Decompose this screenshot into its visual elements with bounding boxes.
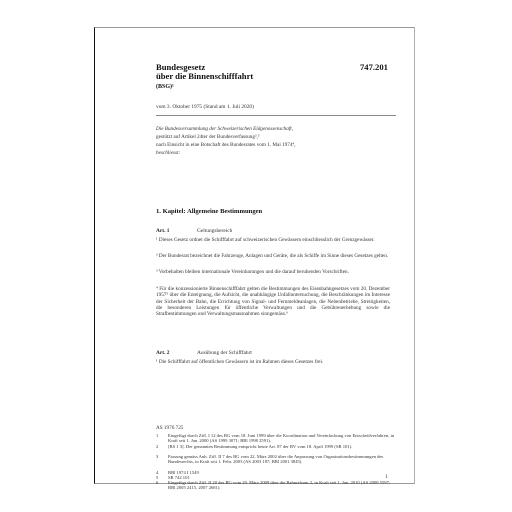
footnote-number: 3	[156, 454, 158, 459]
horizontal-rule	[156, 115, 396, 116]
document-title-line2: über die Binnenschifffahrt	[156, 72, 253, 82]
document-page: 747.201 Bundesgesetz über die Binnenschi…	[94, 27, 415, 484]
footnote-text: Eingefügt durch Ziff. II 20 des BG vom 2…	[168, 480, 396, 490]
date-line: vom 3. Oktober 1975 (Stand am 1. Juli 20…	[156, 104, 254, 110]
footnote: 2 [BS 1 3]. Der genannten Bestimmung ent…	[156, 444, 396, 449]
page-number: 1	[385, 474, 388, 480]
article-paragraph: ² Der Bundesrat bezeichnet die Fahrzeuge…	[156, 253, 390, 259]
article-paragraph: ⁴ Für die konzessionierte Binnenschifffa…	[156, 286, 390, 317]
article-number: Art. 1	[156, 228, 169, 234]
article-title: Ausübung der Schifffahrt	[197, 350, 252, 356]
article-paragraph: ³ Vorbehalten bleiben internationale Ver…	[156, 269, 390, 275]
footnote: 3 Fassung gemäss Anh. Ziff. II 7 des BG …	[156, 454, 396, 464]
preamble-line: gestützt auf Artikel 24ter der Bundesver…	[156, 134, 259, 140]
footnote-number: 1	[156, 433, 158, 438]
preamble-line: Die Bundesversammlung der Schweizerische…	[156, 126, 293, 132]
preamble-line: nach Einsicht in eine Botschaft des Bund…	[156, 142, 296, 148]
as-reference: AS 1976 725	[156, 425, 183, 431]
footnote: 6 Eingefügt durch Ziff. II 20 des BG vom…	[156, 480, 396, 490]
preamble-line: beschliesst:	[156, 150, 180, 156]
footnote-text: Fassung gemäss Anh. Ziff. II 7 des BG vo…	[168, 454, 396, 464]
sr-number: 747.201	[360, 62, 388, 72]
article-paragraph: ¹ Dieses Gesetz ordnet die Schifffahrt a…	[156, 237, 390, 243]
footnote-text: [BS 1 3]. Der genannten Bestimmung entsp…	[168, 444, 396, 449]
footnote: 1 Eingefügt durch Ziff. I 12 des BG vom …	[156, 433, 396, 443]
document-abbreviation: (BSG)¹	[156, 84, 174, 90]
article-title: Geltungsbereich	[197, 228, 232, 234]
article-number: Art. 2	[156, 350, 169, 356]
chapter-heading: 1. Kapitel: Allgemeine Bestimmungen	[156, 208, 262, 215]
footnote-text: Eingefügt durch Ziff. I 12 des BG vom 18…	[168, 433, 396, 443]
footnote-number: 6	[156, 480, 158, 485]
footnote-number: 2	[156, 444, 158, 449]
article-paragraph: ¹ Die Schifffahrt auf öffentlichen Gewäs…	[156, 359, 390, 365]
